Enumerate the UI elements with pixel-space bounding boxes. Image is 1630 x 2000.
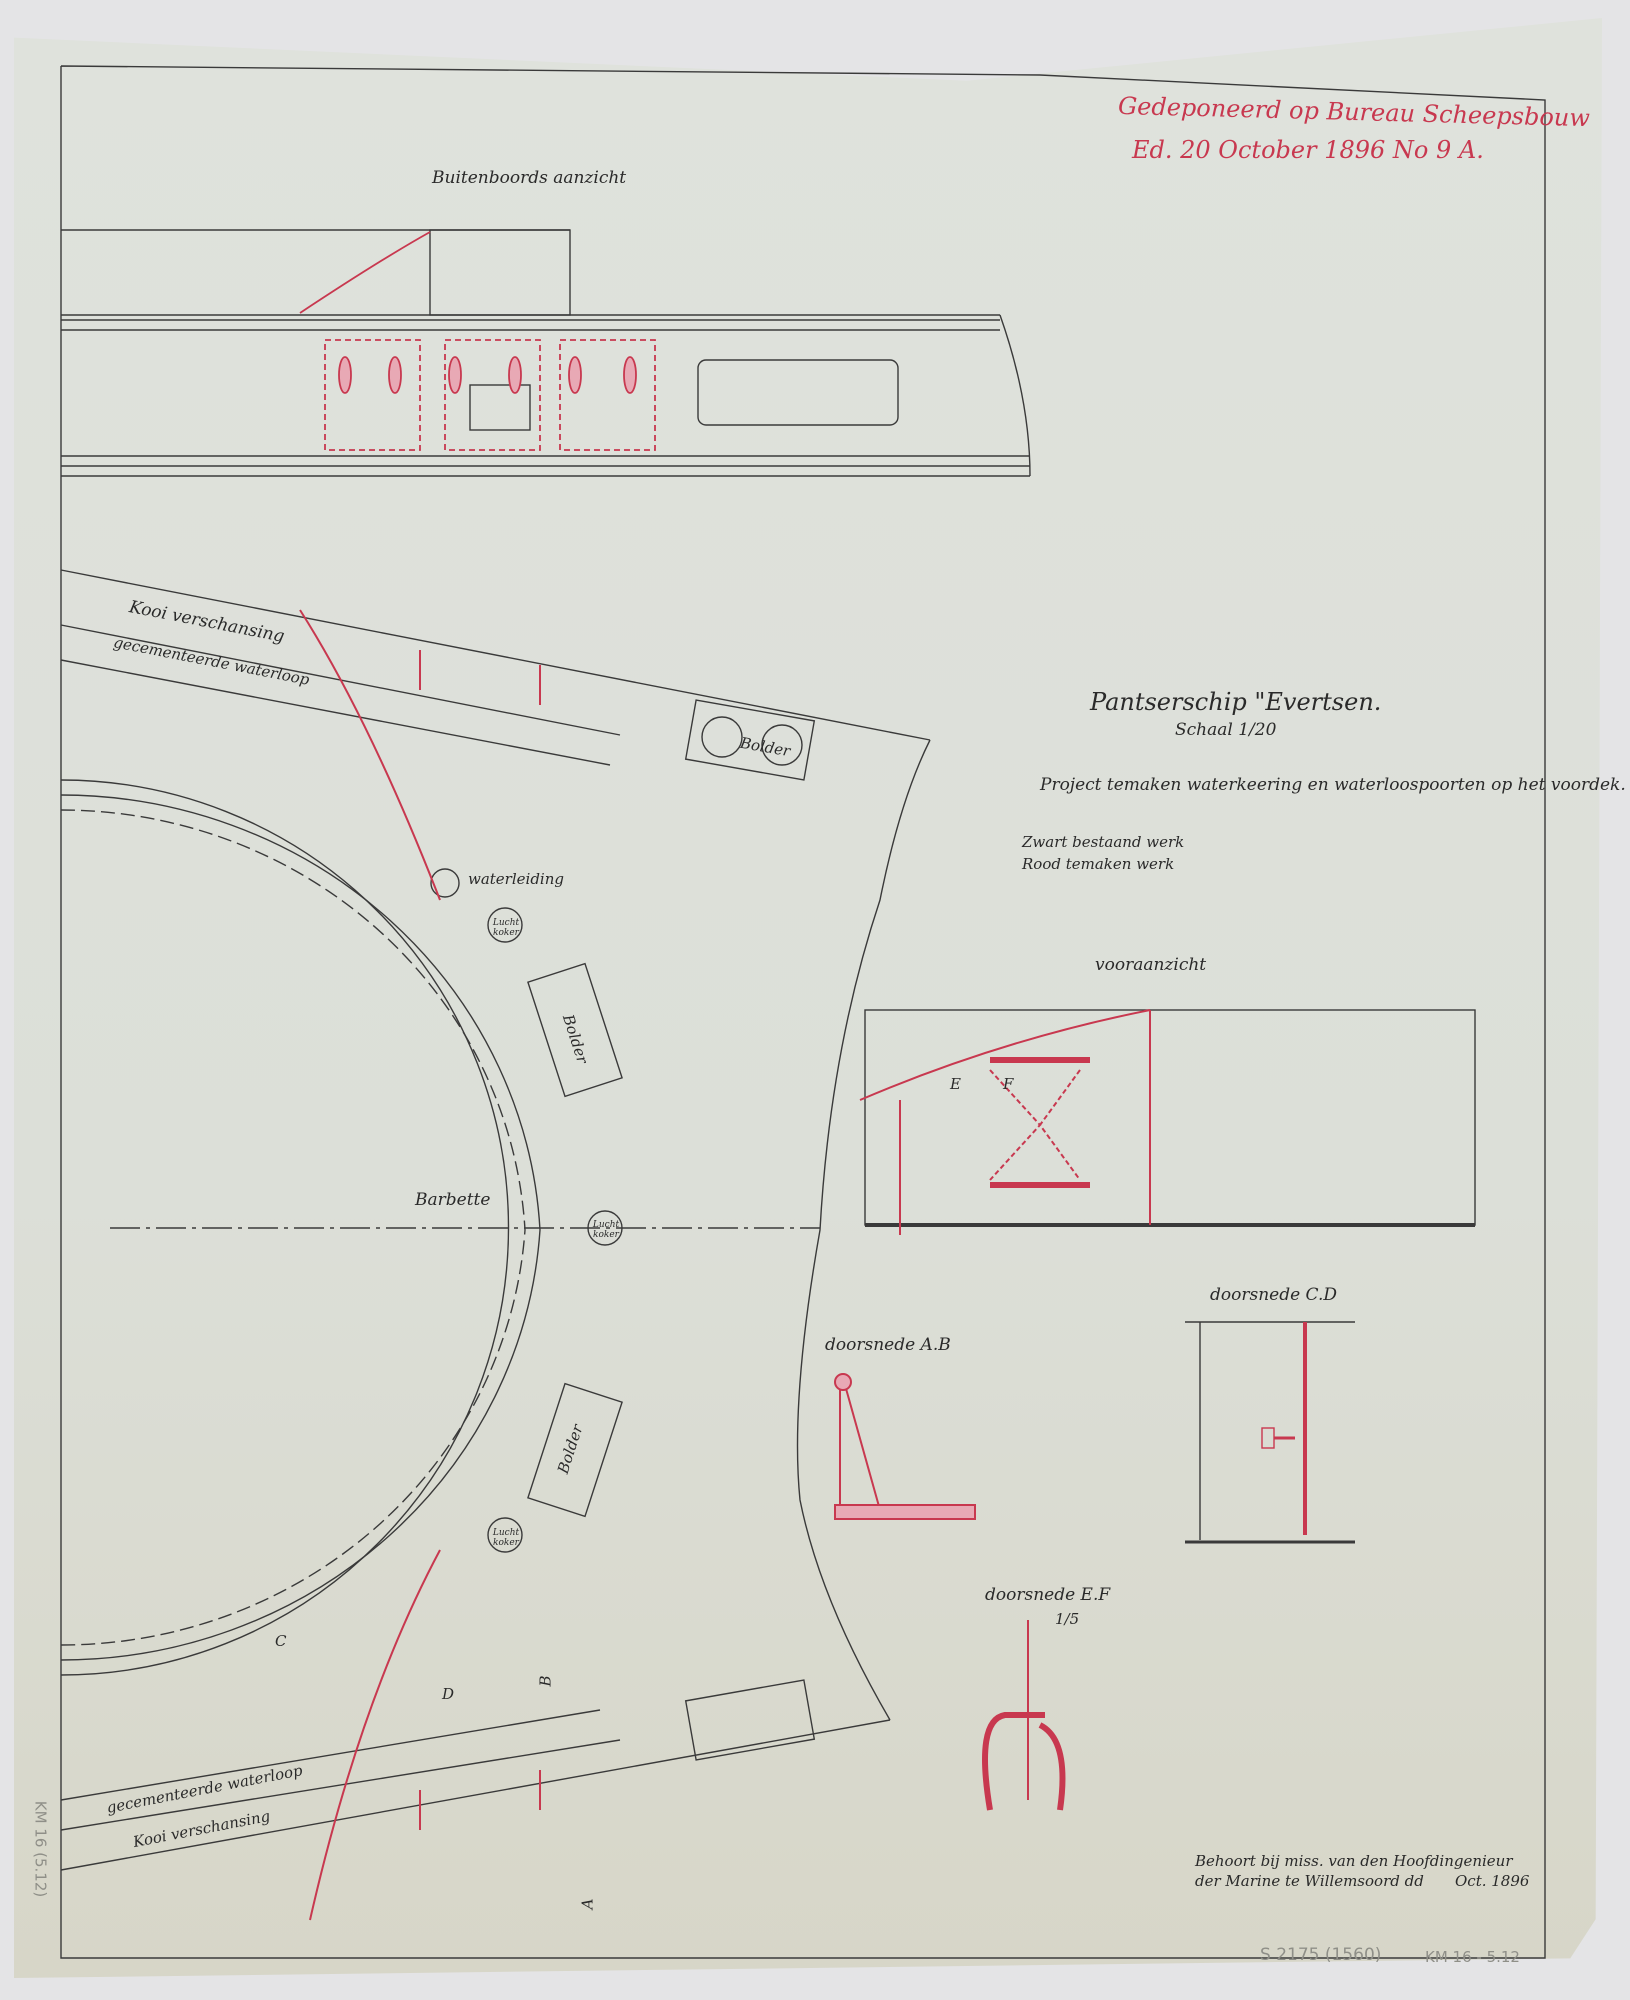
deposit-stamp-line2: Ed. 20 October 1896 No 9 A.	[1132, 136, 1484, 164]
front-view-linework	[865, 1010, 1475, 1225]
plan-view-linework	[61, 570, 930, 1870]
label-barbette: Barbette	[415, 1190, 490, 1210]
section-mark-a: A	[578, 1899, 596, 1910]
footer-note-line1: Behoort bij miss. van den Hoofdingenieur	[1195, 1852, 1513, 1870]
drawing-linework	[0, 0, 1630, 2000]
label-water-pipe: waterleiding	[468, 870, 564, 888]
section-ef	[985, 1620, 1063, 1810]
outboard-view-linework	[61, 230, 1030, 476]
outboard-view-title: Buitenboords aanzicht	[432, 168, 626, 188]
border-frame	[61, 66, 1545, 1958]
section-mark-f: F	[1003, 1075, 1013, 1093]
project-description: Project temaken waterkeering en waterloo…	[1040, 775, 1626, 795]
legend-red: Rood temaken werk	[1022, 855, 1174, 873]
footer-note-line2: der Marine te Willemsoord dd	[1195, 1872, 1424, 1890]
section-cd-title: doorsnede C.D	[1210, 1285, 1337, 1305]
section-mark-c: C	[275, 1632, 286, 1650]
legend-black: Zwart bestaand werk	[1022, 833, 1184, 851]
ship-name: Pantserschip "Evertsen.	[1090, 688, 1381, 716]
section-mark-b: B	[537, 1675, 555, 1686]
outboard-view-red	[300, 232, 655, 450]
section-mark-e: E	[950, 1075, 961, 1093]
archive-mark-margin: KM 16 (5.12)	[31, 1801, 49, 1898]
label-ventilator-2: Lucht koker	[590, 1220, 622, 1240]
section-ab	[835, 1374, 975, 1519]
plan-view-red	[300, 610, 540, 1920]
section-cd	[1185, 1322, 1355, 1542]
label-ventilator-3: Lucht koker	[490, 1528, 522, 1548]
section-ef-title: doorsnede E.F	[985, 1585, 1110, 1605]
label-ventilator-1: Lucht koker	[490, 918, 522, 938]
section-mark-d: D	[442, 1685, 454, 1703]
footer-note-date: Oct. 1896	[1455, 1872, 1529, 1890]
section-ab-title: doorsnede A.B	[825, 1335, 951, 1355]
archive-mark-left: S 2175 (1560)	[1260, 1945, 1381, 1965]
archive-mark-right: KM 16 - 5.12	[1425, 1948, 1520, 1966]
front-view-title: vooraanzicht	[1095, 955, 1206, 975]
front-view-red	[860, 1010, 1150, 1235]
section-ef-scale: 1/5	[1055, 1610, 1079, 1628]
drawing-scale: Schaal 1/20	[1175, 720, 1276, 740]
